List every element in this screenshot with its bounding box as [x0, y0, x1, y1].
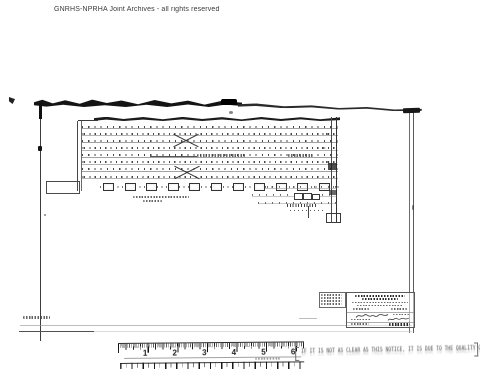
- title-block-line: [351, 323, 369, 325]
- revision-line: [321, 294, 342, 296]
- scan-mark: [9, 97, 15, 104]
- ruler-number-3: 3: [202, 348, 207, 357]
- scan-speck: [412, 205, 414, 210]
- title-block-extension-line: [299, 318, 317, 319]
- dimension-arrow: [326, 133, 330, 135]
- sheet-left-border-dark: [39, 103, 42, 119]
- ruler-number-5: 5: [261, 347, 266, 356]
- ruler-brand-smudge: [255, 358, 281, 360]
- title-block-line: [362, 298, 398, 300]
- plan-footing: [189, 183, 200, 191]
- title-block-line: [351, 319, 371, 321]
- scale-ruler: 123456: [117, 339, 309, 369]
- sheet-left-border: [40, 103, 41, 341]
- revision-line: [321, 297, 342, 299]
- sheet-bottom-border-faint: [94, 331, 412, 332]
- scan-speck: [229, 111, 233, 114]
- plan-tail-line: [308, 206, 309, 218]
- scan-spot: [38, 146, 43, 151]
- title-block-scale: [353, 308, 369, 310]
- plan-footing: [211, 183, 222, 191]
- sheet-top-edge-line: [238, 103, 422, 112]
- drawing-number-smudge: [389, 323, 410, 326]
- plan-left-footing: [46, 181, 80, 194]
- plan-pile-row: [82, 168, 338, 171]
- dimension-arrow: [322, 147, 326, 149]
- plan-tail-box: [312, 194, 320, 200]
- sheet-top-edge-streak: [34, 99, 242, 107]
- plan-footing: [103, 183, 114, 191]
- plan-label-smudge: [288, 154, 314, 157]
- title-block-line: [355, 295, 405, 297]
- plan-tail-ticks: [287, 204, 317, 207]
- plan-pile-row: [82, 133, 338, 136]
- plan-pile-row: [82, 147, 338, 150]
- archive-copyright-header: GNRHS-NPRHA Joint Archives - all rights …: [54, 6, 220, 13]
- sheet-bottom-border-dark: [19, 331, 94, 332]
- plan-pile-row: [82, 161, 338, 164]
- title-block-date: [391, 308, 407, 310]
- quality-stamp: IF IT IS NOT AS CLEAR AS THIS NOTICE, IT…: [293, 342, 479, 366]
- scan-blob: [221, 99, 237, 105]
- revision-block: [319, 292, 346, 308]
- revision-line: [321, 300, 342, 302]
- signature-scribble: [355, 312, 389, 319]
- plan-footing: [233, 183, 244, 191]
- plan-pile-row: [82, 140, 338, 143]
- plan-tail-ticks: [290, 210, 323, 212]
- plan-tail-box: [294, 193, 303, 200]
- plan-right-wall: [336, 117, 337, 222]
- scan-speck: [44, 214, 46, 216]
- plan-top-wall: [94, 117, 340, 122]
- handwritten-note-smudge: [23, 316, 50, 319]
- plan-footing: [168, 183, 179, 191]
- plan-pile-row: [82, 126, 338, 129]
- plan-caption-subline: [143, 200, 162, 202]
- title-block-line: [352, 302, 408, 304]
- plan-footing: [146, 183, 157, 191]
- plan-tail-box: [303, 193, 312, 200]
- stamp-bracket-left: [295, 347, 299, 361]
- plan-wall-block: [328, 163, 336, 170]
- scan-blob: [403, 108, 420, 113]
- title-block: [346, 292, 415, 328]
- plan-tail-row: [265, 186, 337, 188]
- plan-footing: [125, 183, 136, 191]
- plan-caption-line: [133, 196, 189, 199]
- second-scale-ticks: [120, 362, 304, 369]
- revision-line: [321, 303, 342, 305]
- plan-footing: [254, 183, 265, 191]
- ruler-number-4: 4: [232, 347, 237, 356]
- ruler-number-1: 1: [143, 348, 148, 357]
- ruler-number-2: 2: [172, 348, 177, 357]
- plan-pile-row: [82, 176, 338, 179]
- title-block-line: [357, 305, 403, 307]
- plan-label-smudge: [197, 154, 245, 157]
- plan-wall-footing: [326, 213, 341, 223]
- leader-line: [150, 156, 197, 157]
- scanned-drawing-page: GNRHS-NPRHA Joint Archives - all rights …: [0, 0, 480, 369]
